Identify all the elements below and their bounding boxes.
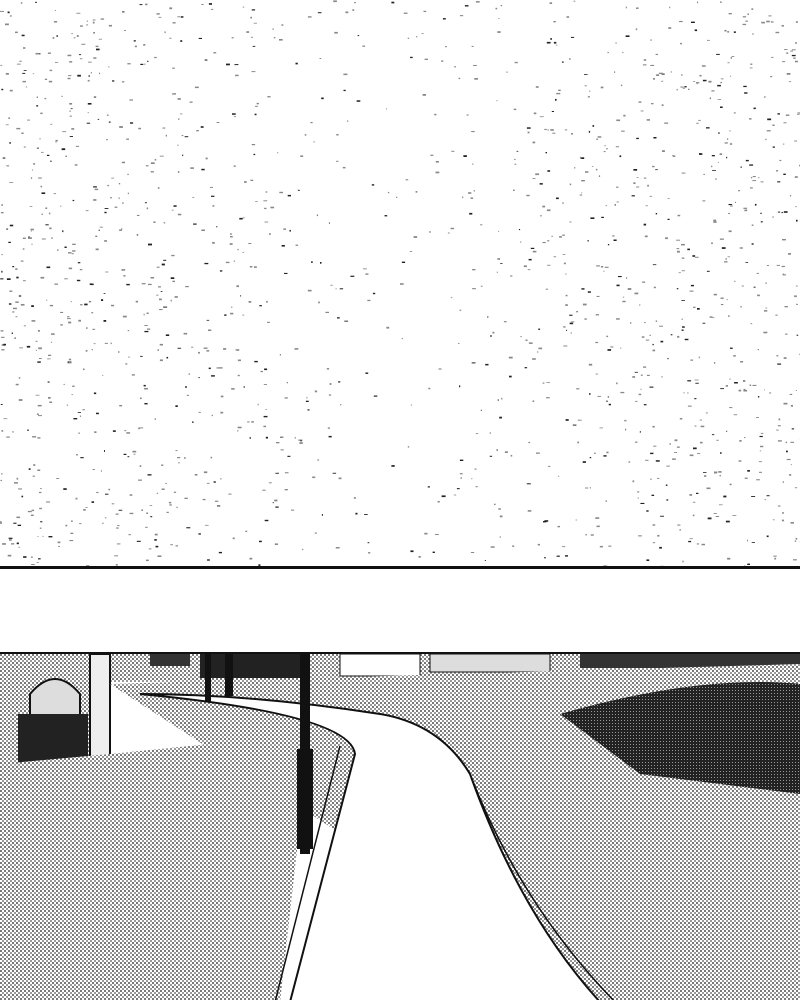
distant-figure: [205, 654, 211, 702]
panel-gutter: [0, 569, 800, 652]
grass-left: [0, 734, 310, 1000]
park-scene: [0, 654, 800, 1000]
park-path-panel: [0, 652, 800, 1000]
distant-figure: [225, 654, 233, 696]
sky-speckle-texture: [0, 0, 800, 566]
sky-panel: [0, 0, 800, 566]
